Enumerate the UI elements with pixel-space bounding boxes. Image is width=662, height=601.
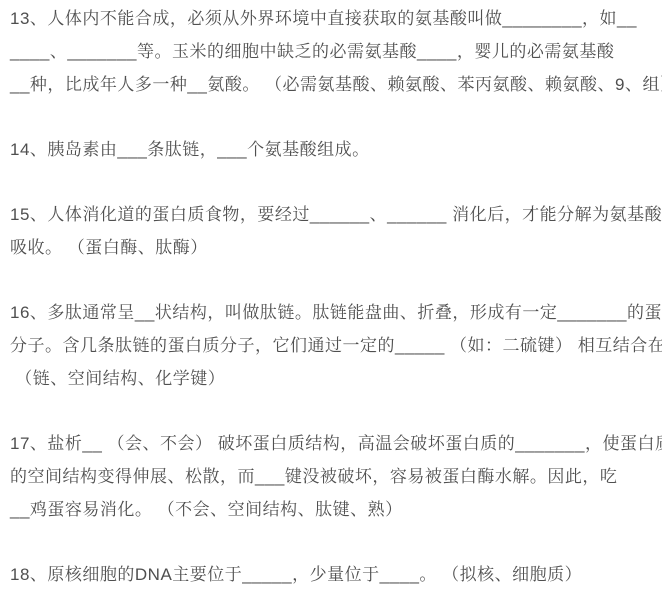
question-16-line-3: （链、空间结构、化学键） — [10, 362, 652, 395]
question-15-line-1: 15、人体消化道的蛋白质食物，要经过______、______ 消化后，才能分解… — [10, 198, 652, 231]
question-14: 14、胰岛素由___条肽链，___个氨基酸组成。 — [10, 133, 652, 166]
question-17-line-3: __鸡蛋容易消化。 （不会、空间结构、肽键、熟） — [10, 493, 652, 526]
question-18-line-1: 18、原核细胞的DNA主要位于_____，少量位于____。 （拟核、细胞质） — [10, 558, 652, 591]
question-17-line-2: 的空间结构变得伸展、松散，而___键没被破坏，容易被蛋白酶水解。因此，吃 — [10, 460, 652, 493]
worksheet-document: 13、人体内不能合成，必须从外界环境中直接获取的氨基酸叫做________，如_… — [0, 0, 662, 601]
question-17-line-1: 17、盐析__ （会、不会） 破坏蛋白质结构，高温会破坏蛋白质的_______，… — [10, 427, 652, 460]
question-15: 15、人体消化道的蛋白质食物，要经过______、______ 消化后，才能分解… — [10, 198, 652, 264]
question-14-line-1: 14、胰岛素由___条肽链，___个氨基酸组成。 — [10, 133, 652, 166]
question-13-line-2: ____、_______等。玉米的细胞中缺乏的必需氨基酸____，婴儿的必需氨基… — [10, 35, 652, 68]
question-16-line-2: 分子。含几条肽链的蛋白质分子，它们通过一定的_____ （如：二硫键） 相互结合… — [10, 329, 652, 362]
question-16: 16、多肽通常呈__状结构，叫做肽链。肽链能盘曲、折叠，形成有一定_______… — [10, 296, 652, 395]
question-13: 13、人体内不能合成，必须从外界环境中直接获取的氨基酸叫做________，如_… — [10, 2, 652, 101]
question-18: 18、原核细胞的DNA主要位于_____，少量位于____。 （拟核、细胞质） — [10, 558, 652, 591]
question-13-line-1: 13、人体内不能合成，必须从外界环境中直接获取的氨基酸叫做________，如_… — [10, 2, 652, 35]
question-17: 17、盐析__ （会、不会） 破坏蛋白质结构，高温会破坏蛋白质的_______，… — [10, 427, 652, 526]
question-15-line-2: 吸收。 （蛋白酶、肽酶） — [10, 231, 652, 264]
question-16-line-1: 16、多肽通常呈__状结构，叫做肽链。肽链能盘曲、折叠，形成有一定_______… — [10, 296, 652, 329]
question-13-line-3: __种，比成年人多一种__氨酸。 （必需氨基酸、赖氨酸、苯丙氨酸、赖氨酸、9、组… — [10, 68, 652, 101]
